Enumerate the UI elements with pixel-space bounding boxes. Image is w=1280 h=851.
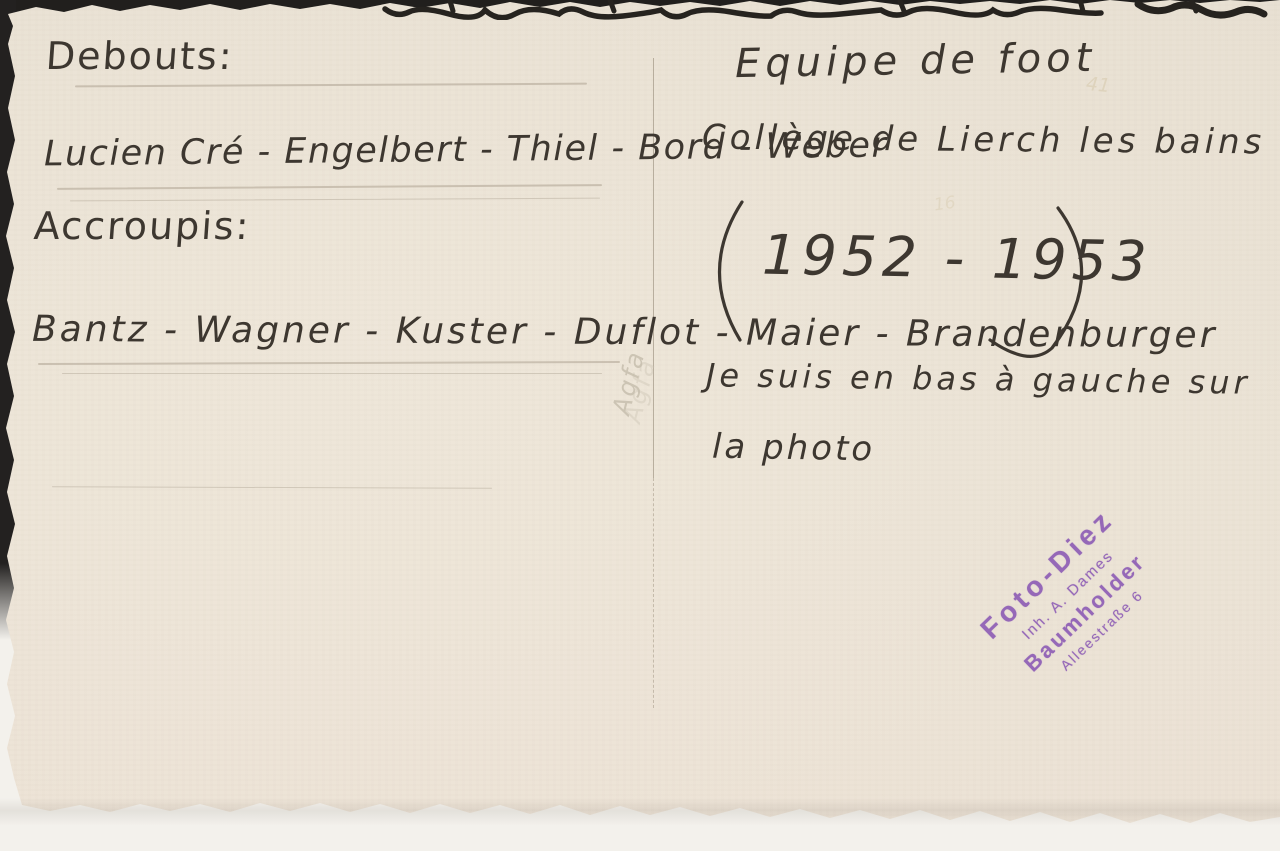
scanned-postcard-back: Agfa Agfa 41 16 Debouts: Lucien Cré - En…: [0, 0, 1280, 851]
divider-line-upper: [653, 58, 654, 478]
years-text: 1952 - 1953: [761, 223, 1152, 294]
standing-label: Debouts:: [44, 34, 235, 78]
cut-off-writing-strokes: [380, 0, 1280, 20]
crouching-label: Accroupis:: [32, 204, 252, 248]
paper-bottom-edge-shadow: [0, 798, 1280, 826]
divider-line-lower: [653, 478, 654, 708]
note-line1: Je suis en bas à gauche sur: [706, 356, 1251, 402]
title-line1: Equipe de foot: [735, 35, 1097, 87]
title-line2: Collège de Lierch les bains: [702, 118, 1266, 163]
ruled-line-3b: [62, 373, 602, 374]
note-line2: la photo: [712, 427, 876, 470]
